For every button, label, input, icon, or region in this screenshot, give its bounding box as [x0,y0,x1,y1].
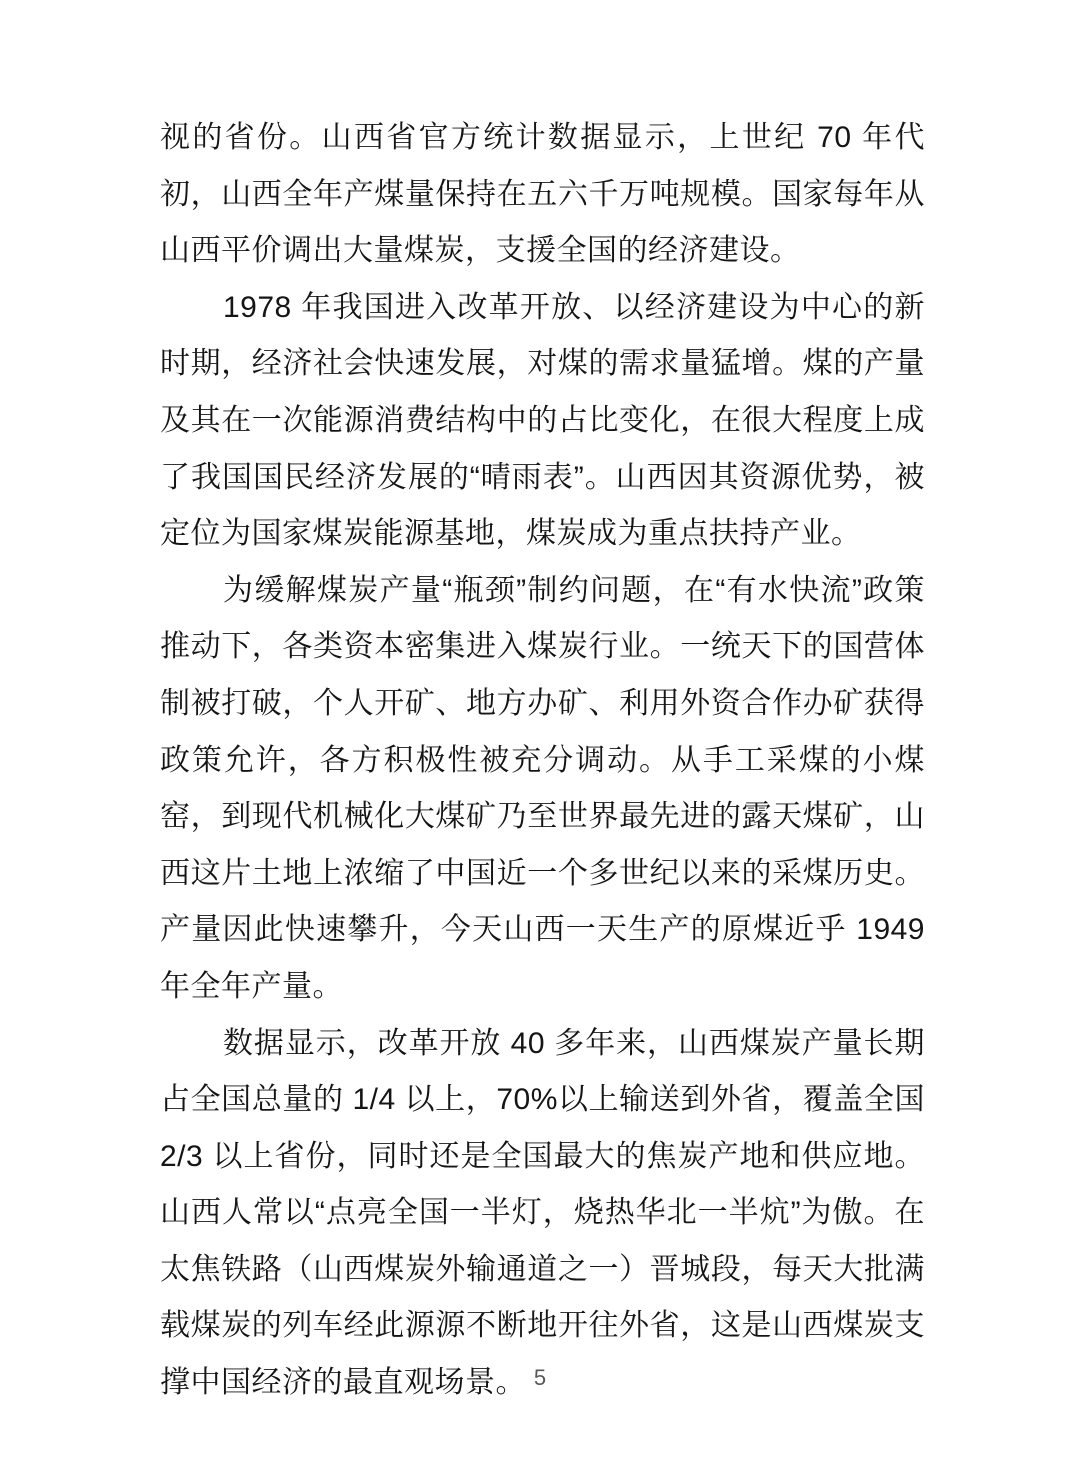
paragraph: 数据显示，改革开放 40 多年来，山西煤炭产量长期占全国总量的 1/4 以上，7… [160,1016,925,1412]
page-number: 5 [0,1364,1080,1392]
document-page: 视的省份。山西省官方统计数据显示，上世纪 70 年代初，山西全年产煤量保持在五六… [160,110,925,1412]
paragraph-continuation: 视的省份。山西省官方统计数据显示，上世纪 70 年代初，山西全年产煤量保持在五六… [160,110,925,280]
paragraph: 1978 年我国进入改革开放、以经济建设为中心的新时期，经济社会快速发展，对煤的… [160,280,925,563]
paragraph: 为缓解煤炭产量“瓶颈”制约问题，在“有水快流”政策推动下，各类资本密集进入煤炭行… [160,563,925,1016]
